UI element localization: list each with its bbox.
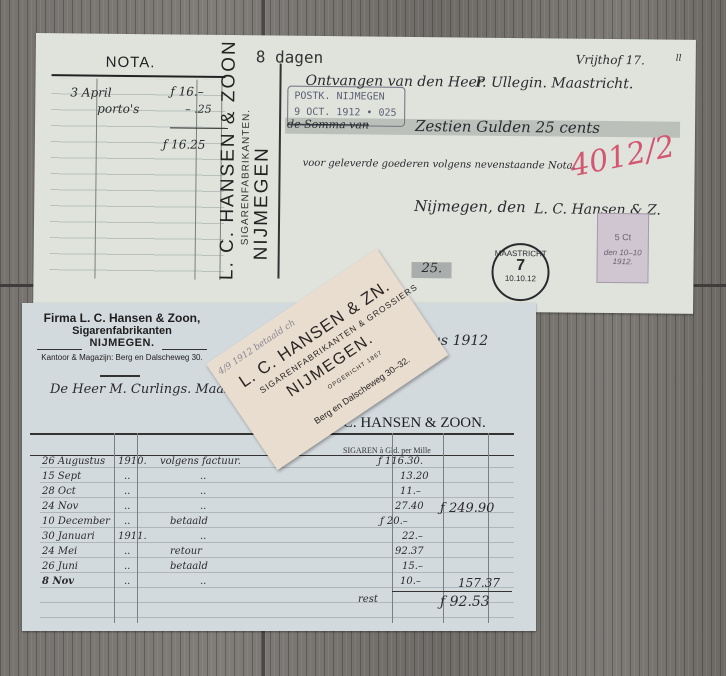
goods-line: voor geleverde goederen volgens nevensta… (303, 158, 576, 172)
place-line: Nijmegen, den (414, 197, 526, 216)
row-year: .. (124, 486, 130, 497)
row-year: .. (124, 576, 130, 587)
row-year: .. (124, 546, 130, 557)
letterhead-firm: Firma L. C. Hansen & Zoon, (22, 311, 222, 325)
row-date: 26 Juni (42, 561, 78, 572)
row-date: 24 Mei (42, 546, 77, 557)
letterhead-rule (100, 375, 140, 377)
row-year: 1910. (118, 456, 147, 467)
postmark-line: POSTK. NIJMEGEN (294, 89, 398, 106)
row-desc: .. (200, 576, 206, 587)
total-rule (392, 591, 512, 592)
ledger-row: 24 Nov .. .. 27.40 ƒ 249.90 (40, 501, 514, 516)
row-subtotal: 157.37 (458, 576, 500, 590)
row-desc: betaald (170, 516, 208, 527)
ledger-row: 10 December .. betaald ƒ 20.– (40, 516, 514, 531)
ledger-row: 30 Januari 1911. .. 22.– (40, 531, 514, 546)
ledger-row: 26 Juni .. betaald 15.– (40, 561, 514, 576)
postmark-number: 7 (494, 258, 548, 275)
postmark-date: 10.10.12 (493, 274, 547, 284)
received-label: Ontvangen van den Heer (305, 73, 483, 91)
row-year: .. (124, 516, 130, 527)
row-desc: .. (200, 501, 206, 512)
nota-line-amount: – .25 (185, 103, 212, 116)
vertical-city: NIJMEGEN (251, 146, 274, 260)
row-desc: retour (170, 546, 202, 557)
sum-label: de Somma van (287, 118, 369, 132)
row-desc: betaald (170, 561, 208, 572)
nota-rule (52, 74, 226, 78)
address-handwritten: Vrijthof 17. (576, 53, 645, 68)
nota-title: NOTA. (106, 54, 156, 72)
row-amount: 15.– (402, 561, 423, 572)
row-amount: 10.– (400, 576, 421, 587)
row-amount: 11.– (400, 486, 421, 497)
row-subtotal: ƒ 249.90 (440, 501, 494, 516)
amount-strip-text: 25. (421, 261, 442, 276)
invoice-letterhead: Firma L. C. Hansen & Zoon, Sigarenfabrik… (22, 311, 222, 362)
row-desc: .. (200, 486, 206, 497)
sum-amount-words: Zestien Gulden 25 cents (415, 117, 600, 137)
revenue-stamp: 5 Ct den 10–10 1912. (596, 213, 649, 284)
row-date: 28 Oct (42, 486, 76, 497)
vertical-company-name: L. C. HANSEN & ZOON (216, 39, 241, 280)
row-desc: .. (200, 471, 206, 482)
rest-label: rest (358, 594, 378, 605)
letterhead-rule (37, 349, 82, 350)
row-date: 24 Nov (42, 501, 78, 512)
stamp-value: 5 Ct (598, 232, 648, 243)
nota-line-text: porto's (97, 102, 139, 116)
nota-total: ƒ 16.25 (163, 137, 206, 151)
row-amount: 27.40 (395, 501, 424, 512)
payment-terms: 8 dagen (256, 47, 324, 67)
row-desc: volgens factuur. (160, 456, 241, 467)
rest-amount: ƒ 92.53 (440, 594, 490, 610)
row-date: 10 December (42, 516, 110, 527)
row-desc: .. (200, 531, 206, 542)
ledger-row: 8 Nov .. .. 10.– 157.37 (40, 576, 514, 591)
row-date: 15 Sept (42, 471, 81, 482)
red-pencil-annotation: 4012/2 (567, 129, 677, 184)
row-date: 8 Nov (42, 576, 74, 587)
stamp-date: den 10–10 1912. (598, 248, 648, 267)
row-year: .. (124, 561, 130, 572)
ledger-row: 15 Sept .. .. 13.20 (40, 471, 514, 486)
letterhead-address: Kantoor & Magazijn: Berg en Dalscheweg 3… (22, 353, 222, 362)
row-year: 1911. (118, 531, 147, 542)
ledger-table: 26 Augustus 1910. volgens factuur. ƒ 116… (40, 453, 514, 623)
letterhead-city: NIJMEGEN. (22, 337, 222, 349)
letterhead-rule (162, 349, 207, 350)
row-amount: 22.– (402, 531, 423, 542)
row-amount: ƒ 20.– (380, 516, 408, 527)
letterhead-divider (277, 64, 281, 279)
ledger-row: 24 Mei .. retour 92.37 (40, 546, 514, 561)
rest-row: rest ƒ 92.53 (40, 594, 514, 609)
nota-line-text: 3 April (70, 85, 111, 99)
row-amount: ƒ 116.30. (378, 456, 423, 467)
row-amount: 13.20 (400, 471, 429, 482)
received-from: P. Ullegin. Maastricht. (475, 75, 633, 93)
row-amount: 92.37 (395, 546, 424, 557)
row-date: 26 Augustus (42, 456, 105, 467)
row-year: .. (124, 471, 130, 482)
ledger-row: 28 Oct .. .. 11.– (40, 486, 514, 501)
round-postmark: MAASTRICHT 7 10.10.12 (491, 243, 550, 302)
row-date: 30 Januari (42, 531, 95, 542)
letterhead-trade: Sigarenfabrikanten (22, 325, 222, 337)
corner-mark: ll (676, 54, 682, 64)
nota-line-amount: ƒ 16.– (170, 84, 203, 98)
row-year: .. (124, 501, 130, 512)
